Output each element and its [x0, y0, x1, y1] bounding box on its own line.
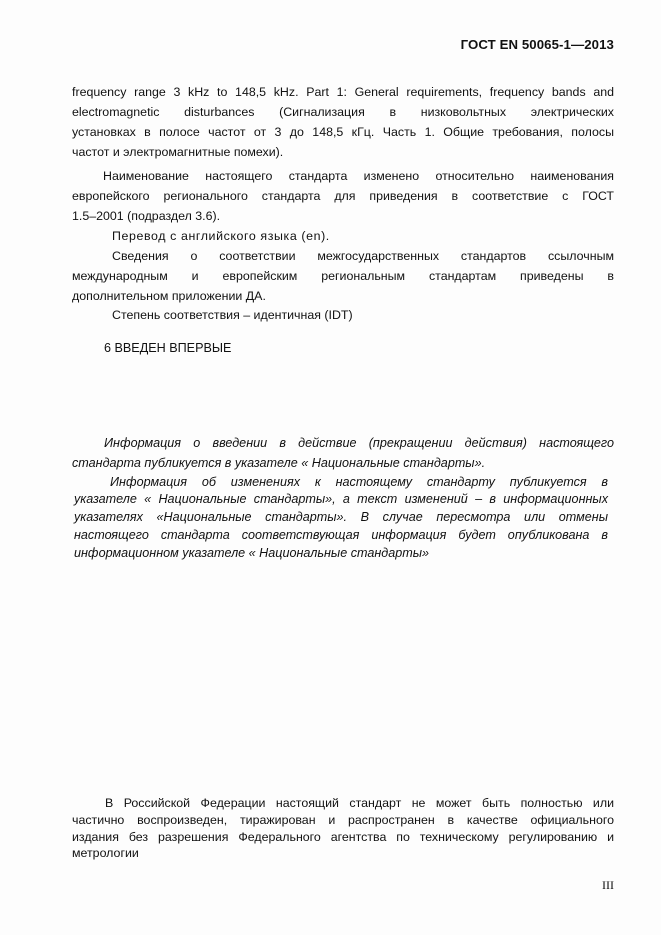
title-line-4: частот и электромагнитные помехи).	[72, 142, 614, 162]
info-para2-line-3: указателях «Национальные стандарты». В с…	[74, 507, 608, 527]
title-line-2: electromagnetic disturbances (Сигнализац…	[72, 102, 614, 122]
translation-line: Перевод с английского языка (en).	[112, 226, 330, 246]
copyright-line-4: метрологии	[72, 843, 139, 863]
references-line-1: Сведения о соответствии межгосударственн…	[112, 246, 614, 266]
name-change-line-2: европейского регионального стандарта для…	[72, 186, 614, 206]
name-change-line-1: Наименование настоящего стандарта измене…	[103, 166, 614, 186]
references-line-3: дополнительном приложении ДА.	[72, 286, 614, 306]
references-line-2: международным и европейским региональным…	[72, 266, 614, 286]
name-change-line-3: 1.5–2001 (подраздел 3.6).	[72, 206, 614, 226]
document-page: ГОСТ EN 50065-1—2013 frequency range 3 k…	[0, 0, 661, 935]
title-line-1: frequency range 3 kHz to 148,5 kHz. Part…	[72, 82, 614, 102]
document-header-id: ГОСТ EN 50065-1—2013	[461, 37, 614, 52]
copyright-line-3: издания без разрешения Федерального аген…	[72, 827, 614, 847]
info-para2-line-2: указателе « Национальные стандарты», а т…	[74, 489, 608, 509]
section-6-heading: 6 ВВЕДЕН ВПЕРВЫЕ	[104, 338, 231, 358]
conformity-degree-line: Степень соответствия – идентичная (IDT)	[112, 305, 353, 325]
info-para2-line-4: настоящего стандарта соответствующая инф…	[74, 525, 608, 545]
info-para1-line-2: стандарта публикуется в указателе « Наци…	[72, 453, 485, 473]
info-para2-line-5: информационном указателе « Национальные …	[74, 543, 429, 563]
info-para1-line-1: Информация о введении в действие (прекра…	[104, 433, 614, 453]
title-line-3: установках в полосе частот от 3 до 148,5…	[72, 122, 614, 142]
page-number: III	[602, 878, 614, 893]
